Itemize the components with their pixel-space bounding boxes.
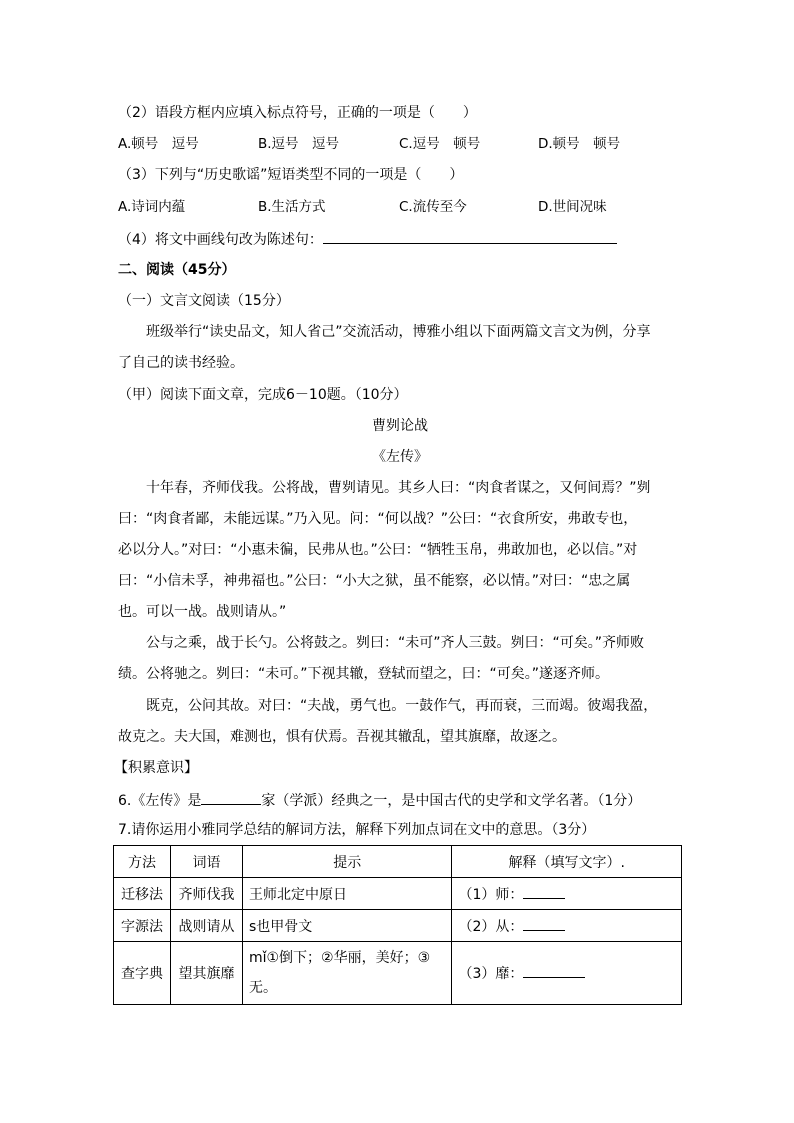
q2-option-d: D.顿号 顿号: [538, 135, 620, 153]
q4-line: （4）将文中画线句改为陈述句：: [118, 229, 617, 247]
cell-answer: （3）靡：: [452, 942, 682, 1005]
article-title: 曹刿论战: [118, 417, 682, 435]
cell-method: 迁移法: [114, 878, 171, 910]
header-hint: 提示: [242, 846, 451, 878]
header-answer: 解释（填写文字）.: [452, 846, 682, 878]
q3-option-b: B.生活方式: [258, 198, 326, 216]
cell-phrase: 齐师伐我: [170, 878, 242, 910]
answer-label: （3）靡：: [458, 966, 523, 982]
answer-label: （1）师：: [458, 887, 523, 903]
cell-answer: （1）师：: [452, 878, 682, 910]
cell-hint: s也甲骨文: [242, 910, 451, 942]
q2-option-a: A.顿号 逗号: [118, 135, 199, 153]
q3-stem: （3）下列与“历史歌谣”短语类型不同的一项是（ ）: [118, 166, 463, 184]
q6-line: 6.《左传》是家（学派）经典之一，是中国古代的史学和文学名著。（1分）: [118, 790, 641, 808]
cell-answer: （2）从：: [452, 910, 682, 942]
section2-heading: 二、阅读（45分）: [118, 261, 235, 279]
q2-option-c: C.逗号 顿号: [399, 135, 480, 153]
q3-option-c: C.流传至今: [399, 198, 467, 216]
section2-sub1: （一）文言文阅读（15分）: [118, 292, 290, 310]
q2-option-b: B.逗号 逗号: [258, 135, 339, 153]
table-row: 字源法 战则请从 s也甲骨文 （2）从：: [114, 910, 682, 942]
cell-phrase: 战则请从: [170, 910, 242, 942]
cell-hint: mǐ①倒下；②华丽，美好；③无。: [242, 942, 451, 1005]
q3-option-d: D.世间况味: [538, 198, 607, 216]
jia-instruction: （甲）阅读下面文章，完成6－10题。（10分）: [118, 386, 408, 404]
table-header-row: 方法 词语 提示 解释（填写文字）.: [114, 846, 682, 878]
q6-before: 6.《左传》是: [118, 793, 201, 809]
answer-blank[interactable]: [523, 916, 565, 931]
cell-method: 查字典: [114, 942, 171, 1005]
q4-stem: （4）将文中画线句改为陈述句：: [118, 232, 323, 248]
table-row: 查字典 望其旗靡 mǐ①倒下；②华丽，美好；③无。 （3）靡：: [114, 942, 682, 1005]
answer-label: （2）从：: [458, 919, 523, 935]
answer-blank[interactable]: [523, 884, 565, 899]
cell-method: 字源法: [114, 910, 171, 942]
header-phrase: 词语: [170, 846, 242, 878]
article-line: 也。可以一战。战则请从。”: [118, 603, 286, 621]
article-line: 曰：“肉食者鄙，未能远谋。”乃入见。问：“何以战？”公曰：“衣食所安，弗敢专也，: [118, 510, 637, 528]
q7-table: 方法 词语 提示 解释（填写文字）. 迁移法 齐师伐我 王师北定中原日 （1）师…: [113, 845, 682, 1005]
q7-stem: 7.请你运用小雅同学总结的解词方法，解释下列加点词在文中的意思。（3分）: [118, 821, 595, 839]
article-line: 绩。公将驰之。刿曰：“未可。”下视其辙，登轼而望之，曰：“可矣。”遂逐齐师。: [118, 665, 609, 683]
intro-line-1: 班级举行“读史品文，知人省己”交流活动，博雅小组以下面两篇文言文为例，分享: [146, 323, 651, 341]
article-source: 《左传》: [118, 448, 682, 466]
article-line: 十年春，齐师伐我。公将战，曹刿请见。其乡人曰：“肉食者谋之，又何间焉？”刿: [146, 479, 651, 497]
q6-answer-blank[interactable]: [201, 790, 261, 805]
cell-hint: 王师北定中原日: [242, 878, 451, 910]
q4-answer-blank[interactable]: [323, 229, 617, 244]
article-line: 既克，公问其故。对曰：“夫战，勇气也。一鼓作气，再而衰，三而竭。彼竭我盈，: [146, 697, 657, 715]
intro-line-2: 了自己的读书经验。: [118, 354, 244, 372]
answer-blank[interactable]: [523, 963, 585, 978]
article-line: 必以分人。”对曰：“小惠未徧，民弗从也。”公曰：“牺牲玉帛，弗敢加也，必以信。”…: [118, 541, 637, 559]
cell-phrase: 望其旗靡: [170, 942, 242, 1005]
header-method: 方法: [114, 846, 171, 878]
article-line: 故克之。夫大国，难测也，惧有伏焉。吾视其辙乱，望其旗靡，故逐之。: [118, 728, 566, 746]
article-line: 曰：“小信未孚，神弗福也。”公曰：“小大之狱，虽不能察，必以情。”对曰：“忠之属: [118, 572, 630, 590]
q6-after: 家（学派）经典之一，是中国古代的史学和文学名著。（1分）: [261, 793, 641, 809]
accumulation-heading: 【积累意识】: [114, 759, 198, 777]
q3-option-a: A.诗词内蕴: [118, 198, 185, 216]
q2-stem: （2）语段方框内应填入标点符号，正确的一项是（ ）: [118, 104, 477, 122]
table-row: 迁移法 齐师伐我 王师北定中原日 （1）师：: [114, 878, 682, 910]
article-line: 公与之乘，战于长勺。公将鼓之。刿曰：“未可”齐人三鼓。刿曰：“可矣。”齐师败: [146, 634, 644, 652]
